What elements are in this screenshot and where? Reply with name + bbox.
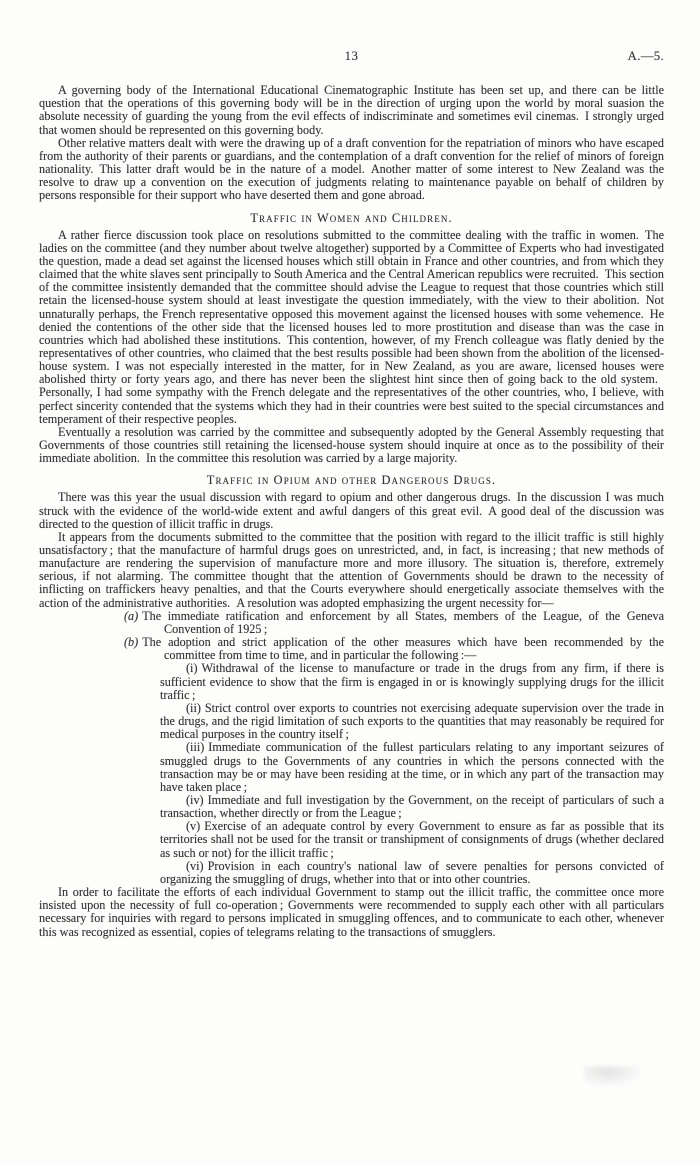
intro-paragraph-1: A governing body of the International Ed…: [39, 84, 664, 137]
list-item-b-marker: (b): [124, 635, 138, 649]
sublist-item-iii: (iii)Immediate communication of the full…: [160, 741, 664, 794]
sublist-item-iv-text: Immediate and full investigation by the …: [160, 793, 664, 820]
report-code: A.—5.: [358, 50, 664, 63]
opium-paragraph-2: It appears from the documents submitted …: [39, 531, 664, 610]
closing-paragraph: In order to facilitate the efforts of ea…: [39, 886, 664, 939]
sublist-item-v-marker: (v): [186, 819, 200, 833]
page-header: 13 A.—5.: [39, 50, 664, 63]
sublist-item-i: (i)Withdrawal of the license to manufact…: [160, 662, 664, 701]
sublist-item-vi: (vi)Provision in each country's national…: [160, 860, 664, 886]
sublist-item-iii-marker: (iii): [186, 740, 204, 754]
scan-smudge: [584, 1066, 642, 1086]
sublist-item-ii-text: Strict control over exports to countries…: [160, 701, 664, 741]
sublist-item-v-text: Exercise of an adequate control by every…: [160, 819, 664, 859]
sublist-item-iii-text: Immediate communication of the fullest p…: [160, 740, 664, 793]
intro-paragraph-2: Other relative matters dealt with were t…: [39, 137, 664, 203]
sublist-item-i-text: Withdrawal of the license to manufacture…: [160, 661, 664, 701]
list-item-a: (a)The immediate ratification and enforc…: [164, 610, 664, 636]
sublist-item-ii-marker: (ii): [186, 701, 201, 715]
list-item-b: (b)The adoption and strict application o…: [164, 636, 664, 662]
sublist-item-ii: (ii)Strict control over exports to count…: [160, 702, 664, 741]
section-heading-traffic-women-children: Traffic in Women and Children.: [39, 211, 664, 225]
sublist-item-i-marker: (i): [186, 661, 198, 675]
page-number: 13: [345, 50, 359, 63]
women-children-paragraph-2: Eventually a resolution was carried by t…: [39, 426, 664, 465]
list-item-b-text: The adoption and strict application of t…: [142, 635, 664, 662]
sublist-item-iv-marker: (iv): [186, 793, 204, 807]
sublist-item-v: (v)Exercise of an adequate control by ev…: [160, 820, 664, 859]
document-page: 13 A.—5. A governing body of the Interna…: [0, 0, 700, 1166]
sublist-item-vi-marker: (vi): [186, 859, 204, 873]
list-item-a-marker: (a): [124, 609, 138, 623]
women-children-paragraph-1: A rather fierce discussion took place on…: [39, 229, 664, 426]
scan-stray-dot: .: [68, 558, 71, 571]
sublist-item-iv: (iv)Immediate and full investigation by …: [160, 794, 664, 820]
list-item-a-text: The immediate ratification and enforceme…: [142, 609, 664, 636]
sublist-item-vi-text: Provision in each country's national law…: [160, 859, 664, 886]
opium-paragraph-1: There was this year the usual discussion…: [39, 491, 664, 530]
section-heading-traffic-opium-drugs: Traffic in Opium and other Dangerous Dru…: [39, 473, 664, 487]
